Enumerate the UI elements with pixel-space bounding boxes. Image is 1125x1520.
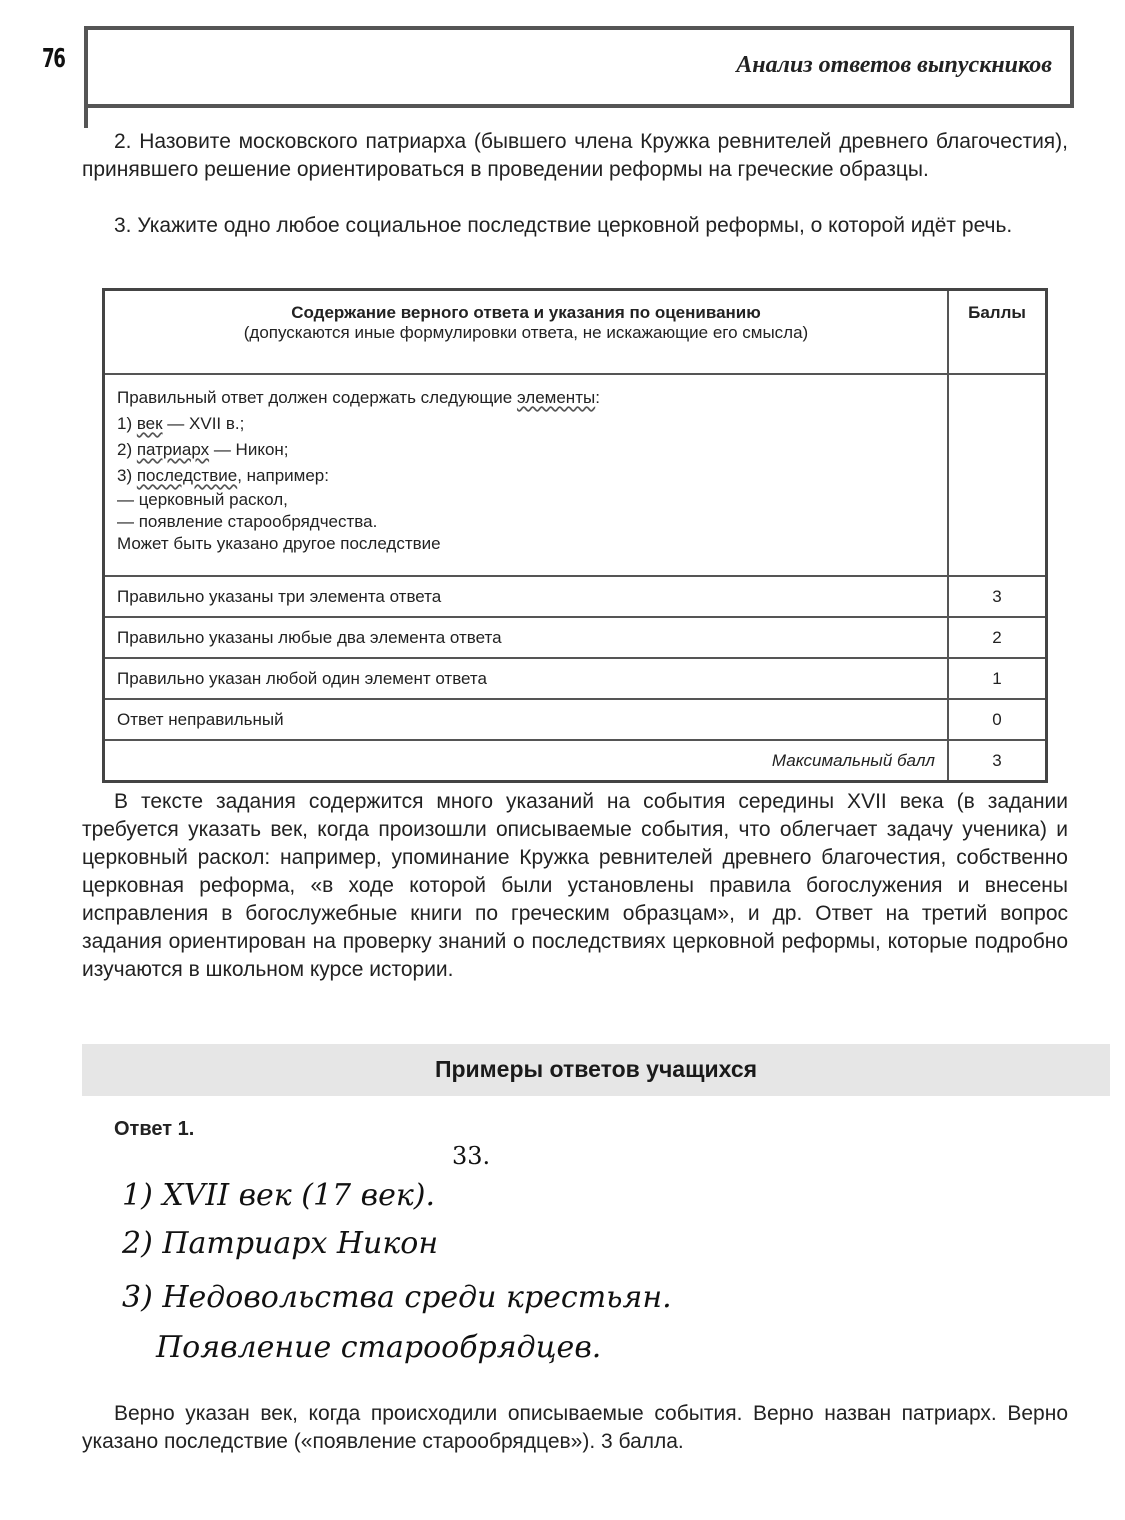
- handwritten-line: 1) XVII век (17 век).: [122, 1178, 435, 1213]
- criteria-cell: Правильный ответ должен содержать следую…: [104, 374, 949, 576]
- question-3-text: 3. Укажите одно любое социальное последс…: [82, 212, 1068, 240]
- score-row-value: 3: [948, 576, 1047, 617]
- question-3: 3. Укажите одно любое социальное последс…: [82, 212, 1068, 240]
- handwritten-line: Появление старообрядцев.: [156, 1330, 601, 1365]
- item-number: 1): [117, 414, 137, 433]
- criteria-item: 3) последствие, например:: [117, 463, 935, 489]
- score-row-value: 1: [948, 658, 1047, 699]
- score-row: Правильно указаны любые два элемента отв…: [104, 617, 1047, 658]
- analysis-text: В тексте задания содержится много указан…: [82, 788, 1068, 984]
- score-row-label: Правильно указаны три элемента ответа: [104, 576, 949, 617]
- criteria-row: Правильный ответ должен содержать следую…: [104, 374, 1047, 576]
- item-text: — XVII в.;: [163, 414, 245, 433]
- criteria-score-empty: [948, 374, 1047, 576]
- handwritten-line: 2) Патриарх Никон: [122, 1226, 438, 1261]
- item-number: 2): [117, 440, 137, 459]
- criteria-item: 2) патриарх — Никон;: [117, 437, 935, 463]
- max-score-value: 3: [948, 740, 1047, 782]
- max-score-label: Максимальный балл: [104, 740, 949, 782]
- grading-table-header: Содержание верного ответа и указания по …: [104, 290, 1047, 375]
- section-heading-band: Примеры ответов учащихся: [82, 1044, 1110, 1096]
- max-score-row: Максимальный балл 3: [104, 740, 1047, 782]
- score-row-label: Ответ неправильный: [104, 699, 949, 740]
- criteria-intro: Правильный ответ должен содержать следую…: [117, 385, 935, 411]
- criteria-header-subtitle: (допускаются иные формулировки ответа, н…: [244, 323, 808, 342]
- criteria-example: — появление старообрядчества.: [117, 511, 935, 533]
- score-row: Правильно указаны три элемента ответа 3: [104, 576, 1047, 617]
- running-title: Анализ ответов выпускников: [736, 52, 1052, 79]
- item-keyword: последствие: [137, 466, 237, 485]
- criteria-intro-keyword: элементы: [517, 388, 595, 407]
- handwritten-score-mark: 33.: [452, 1142, 490, 1170]
- criteria-intro-prefix: Правильный ответ должен содержать следую…: [117, 388, 517, 407]
- answer-verdict-text: Верно указан век, когда происходили опис…: [82, 1400, 1068, 1456]
- item-text: — Никон;: [209, 440, 288, 459]
- criteria-header: Содержание верного ответа и указания по …: [104, 290, 949, 375]
- handwritten-line: 3) Недовольства среди крестьян.: [122, 1280, 672, 1315]
- score-row-value: 2: [948, 617, 1047, 658]
- criteria-example: — церковный раскол,: [117, 489, 935, 511]
- score-row-value: 0: [948, 699, 1047, 740]
- section-title: Примеры ответов учащихся: [82, 1056, 1110, 1083]
- header-rule: [84, 100, 88, 128]
- score-header: Баллы: [948, 290, 1047, 375]
- page-number: 76: [42, 44, 65, 74]
- item-keyword: патриарх: [137, 440, 209, 459]
- score-row-label: Правильно указан любой один элемент отве…: [104, 658, 949, 699]
- grading-table: Содержание верного ответа и указания по …: [102, 288, 1048, 783]
- answer-label: Ответ 1.: [114, 1118, 194, 1141]
- criteria-header-title: Содержание верного ответа и указания по …: [117, 303, 935, 323]
- score-row: Правильно указан любой один элемент отве…: [104, 658, 1047, 699]
- criteria-item: 1) век — XVII в.;: [117, 411, 935, 437]
- question-2: 2. Назовите московского патриарха (бывше…: [82, 128, 1068, 184]
- running-header: Анализ ответов выпускников: [84, 26, 1074, 108]
- analysis-paragraph: В тексте задания содержится много указан…: [82, 788, 1068, 984]
- score-row: Ответ неправильный 0: [104, 699, 1047, 740]
- score-row-label: Правильно указаны любые два элемента отв…: [104, 617, 949, 658]
- criteria-note: Может быть указано другое последствие: [117, 533, 935, 555]
- criteria-intro-suffix: :: [595, 388, 600, 407]
- answer-verdict: Верно указан век, когда происходили опис…: [82, 1400, 1068, 1456]
- question-2-text: 2. Назовите московского патриарха (бывше…: [82, 128, 1068, 184]
- item-text: , например:: [237, 466, 329, 485]
- item-keyword: век: [137, 414, 163, 433]
- item-number: 3): [117, 466, 137, 485]
